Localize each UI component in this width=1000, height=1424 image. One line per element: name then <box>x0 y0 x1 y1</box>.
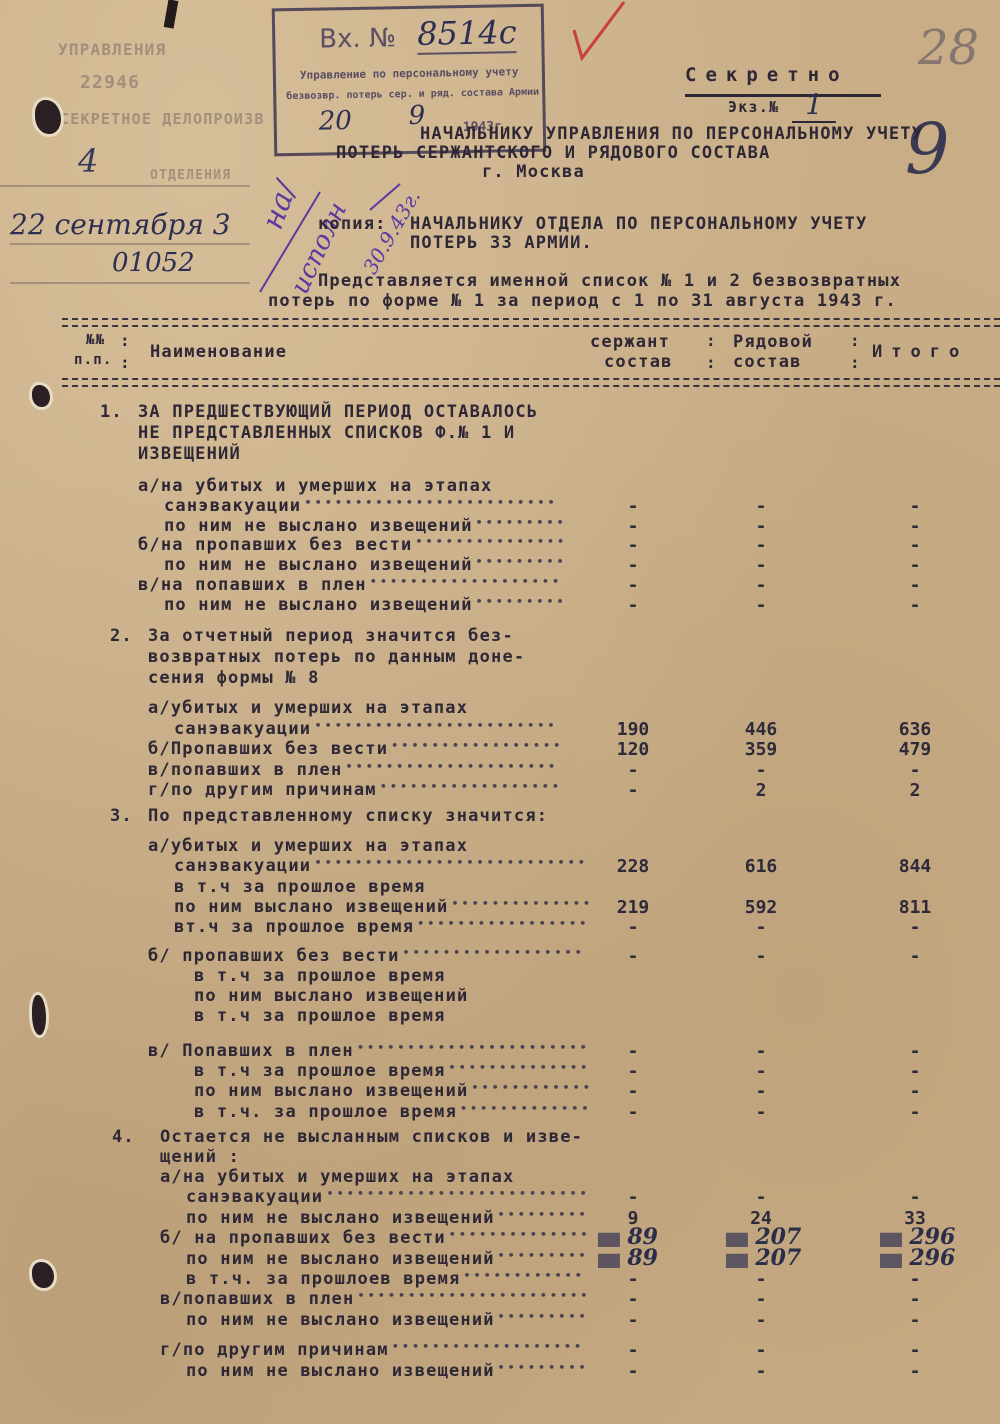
header-rule-top <box>62 318 1000 327</box>
cell-value: 811 <box>880 897 950 918</box>
header-sep: :: <box>850 330 861 374</box>
cell-value: 479 <box>880 739 950 760</box>
section-title: Остается не высланным списков и изве- <box>160 1127 583 1147</box>
section-title: ИЗВЕЩЕНИЙ <box>138 444 241 464</box>
cell-value: - <box>880 496 950 517</box>
leader-dots: •••••••••••••• <box>449 1228 591 1241</box>
header-total: Итого <box>872 342 968 362</box>
cell-value: - <box>726 595 796 616</box>
leader-dots: •••••••••••• <box>464 1269 585 1282</box>
row-label: в т.ч. за прошлое время <box>194 1102 457 1122</box>
punch-hole <box>32 1262 54 1288</box>
red-checkmark-icon <box>568 0 628 64</box>
row-label: санэвакуации <box>174 719 311 739</box>
struck-typed-value: ███ <box>880 1254 902 1268</box>
cell-value: 2 <box>880 780 950 801</box>
cell-value: 228 <box>598 856 668 877</box>
row-label: г/по другим причинам <box>160 1340 389 1360</box>
cell-value: 844 <box>880 856 950 877</box>
cell-value: - <box>880 1340 950 1361</box>
cell-value: 120 <box>598 739 668 760</box>
leader-dots: ••••••••• <box>476 516 567 529</box>
cell-value: ███ 207 <box>726 1245 836 1271</box>
row-label: в т.ч за прошлое время <box>194 1006 446 1026</box>
cell-value: - <box>880 1187 950 1208</box>
leader-dots: ••••••••• <box>498 1249 589 1262</box>
struck-typed-value: ███ <box>598 1254 620 1268</box>
cell-value: - <box>726 535 796 556</box>
row-label: в т.ч за прошлое время <box>194 966 446 986</box>
leader-dots: ••••••••••••••••• <box>391 739 563 752</box>
header-col2-line2: состав <box>733 352 802 372</box>
leader-dots: ••••••••• <box>476 595 567 608</box>
punch-hole <box>32 385 50 407</box>
row-label: б/на пропавших без вести <box>138 535 412 555</box>
copy-to-line1: НАЧАЛЬНИКУ ОТДЕЛА ПО ПЕРСОНАЛЬНОМУ УЧЕТУ <box>410 214 867 234</box>
page-number-top: 28 <box>918 20 979 76</box>
header-num-line2: п.п. <box>74 352 113 368</box>
margin-stamp-line: СЕКРЕТНОЕ ДЕЛОПРОИЗВ <box>60 110 265 128</box>
handwritten-correction: 89 <box>620 1245 658 1271</box>
section-number: 1. <box>100 402 123 422</box>
cell-value: - <box>880 1081 950 1102</box>
cell-value: - <box>880 555 950 576</box>
margin-stamp-line: УПРАВЛЕНИЯ <box>58 40 166 59</box>
cell-value: - <box>880 946 950 967</box>
addressee-line3: г. Москва <box>482 162 585 182</box>
row-label: по ним выслано извещений <box>174 897 448 917</box>
cell-value: - <box>598 1041 668 1062</box>
cell-value: - <box>726 516 796 537</box>
punch-hole <box>35 100 61 134</box>
row-label: по ним выслано извещений <box>194 986 468 1006</box>
cell-value: - <box>880 917 950 938</box>
header-sep: :: <box>120 330 131 374</box>
leader-dots: •••••••••••••••••••••••• <box>315 719 558 732</box>
cell-value: - <box>598 1269 668 1290</box>
row-label: в т.ч за прошлое время <box>174 877 426 897</box>
copy-to-prefix: копия: <box>318 214 387 234</box>
header-rule-bottom <box>62 378 1000 387</box>
cell-value: - <box>598 780 668 801</box>
section-title: НЕ ПРЕДСТАВЛЕННЫХ СПИСКОВ Ф.№ 1 И <box>138 423 515 443</box>
cell-value: - <box>598 1340 668 1361</box>
section-title: По представленному списку значится: <box>148 806 548 826</box>
cell-value: - <box>880 1289 950 1310</box>
cell-value: - <box>598 1361 668 1382</box>
cell-value: - <box>726 1081 796 1102</box>
incoming-stamp-line2: безвозвр. потерь сер. и ряд. состава Арм… <box>286 87 539 102</box>
cell-value: - <box>598 760 668 781</box>
row-label: по ним не выслано извещений <box>164 555 473 575</box>
section-title: сения формы № 8 <box>148 668 320 688</box>
ink-mark <box>164 0 179 29</box>
cell-value: - <box>726 575 796 596</box>
cell-value: - <box>598 496 668 517</box>
section-title: возвратных потерь по данным доне- <box>148 647 525 667</box>
leader-dots: •••••••••••••••••• <box>380 780 562 793</box>
cell-value: - <box>726 1361 796 1382</box>
header-col1-line2: состав <box>604 352 673 372</box>
header-col1-line1: сержант <box>590 332 670 352</box>
section-title: ЗА ПРЕДШЕСТВУЮЩИЙ ПЕРИОД ОСТАВАЛОСЬ <box>138 402 538 422</box>
cell-value: - <box>726 1102 796 1123</box>
row-label: б/ на пропавших без вести <box>160 1228 446 1248</box>
cell-value: - <box>880 535 950 556</box>
row-label: а/на убитых и умерших на этапах <box>160 1167 514 1187</box>
cell-value: - <box>880 595 950 616</box>
punch-hole <box>32 995 46 1035</box>
leader-dots: ••••••••••••••••••••••• <box>357 1041 590 1054</box>
cell-value: - <box>726 760 796 781</box>
row-label: по ним не выслано извещений <box>164 516 473 536</box>
cell-value: - <box>598 535 668 556</box>
cell-value: - <box>880 1041 950 1062</box>
cell-value: - <box>726 496 796 517</box>
cell-value: - <box>726 917 796 938</box>
handwritten-correction: 296 <box>902 1245 956 1271</box>
row-label: в т.ч. за прошлоев время <box>186 1269 460 1289</box>
row-label: санэвакуации <box>164 496 301 516</box>
cell-value: - <box>726 1187 796 1208</box>
margin-stamp-line: ОТДЕЛЕНИЯ <box>150 168 231 183</box>
row-label: по ним не выслано извещений <box>186 1208 495 1228</box>
cell-value: - <box>726 1041 796 1062</box>
margin-handwritten-number: 4 <box>78 142 98 180</box>
cell-value: - <box>880 575 950 596</box>
leader-dots: ••••••••••••••••••••••••• <box>305 496 558 509</box>
header-name: Наименование <box>150 342 287 362</box>
leader-dots: ••••••••••••••••••• <box>392 1340 584 1353</box>
leader-dots: ••••••••• <box>498 1310 589 1323</box>
incoming-stamp-day: 20 <box>318 106 352 137</box>
section-number: 4. <box>112 1127 135 1147</box>
leader-dots: •••••••••••••• <box>449 1061 591 1074</box>
margin-stamp-line: 22946 <box>80 72 140 93</box>
copy-number: 1 <box>792 88 836 123</box>
leader-dots: ••••••••••••••••••••• <box>346 760 559 773</box>
cell-value: - <box>598 1289 668 1310</box>
intro-line1: Представляется именной список № 1 и 2 бе… <box>318 271 901 291</box>
cell-value: - <box>598 555 668 576</box>
margin-date: 22 сентября 3 <box>10 208 231 241</box>
row-label: в/ Попавших в плен <box>148 1041 354 1061</box>
row-label: по ним не выслано извещений <box>164 595 473 615</box>
cell-value: - <box>598 1081 668 1102</box>
row-label: вт.ч за прошлое время <box>174 917 414 937</box>
cell-value: 2 <box>726 780 796 801</box>
secrecy-label: Секретно <box>685 64 849 86</box>
copy-to-line2: ПОТЕРЬ 33 АРМИИ. <box>410 233 593 253</box>
leader-dots: ••••••••• <box>498 1208 589 1221</box>
cell-value: - <box>598 917 668 938</box>
leader-dots: ••••••••••••••••••••••• <box>358 1289 591 1302</box>
row-label: г/по другим причинам <box>148 780 377 800</box>
cell-value: - <box>726 1310 796 1331</box>
row-label: б/Пропавших без вести <box>148 739 388 759</box>
row-label: санэвакуации <box>186 1187 323 1207</box>
cell-value: - <box>726 555 796 576</box>
incoming-stamp-title: Вх. № <box>319 23 396 54</box>
section-title: щений : <box>160 1147 240 1167</box>
leader-dots: •••••••••••• <box>472 1081 593 1094</box>
addressee-line2: ПОТЕРЬ СЕРЖАНТСКОГО И РЯДОВОГО СОСТАВА <box>336 143 771 163</box>
cell-value: - <box>880 1102 950 1123</box>
section-title: За отчетный период значится без- <box>148 626 514 646</box>
header-sep: :: <box>706 330 717 374</box>
cell-value: - <box>880 760 950 781</box>
cell-value: - <box>726 946 796 967</box>
cell-value: - <box>726 1269 796 1290</box>
cell-value: - <box>880 1061 950 1082</box>
secrecy-underline <box>685 94 881 97</box>
cell-value: - <box>880 1269 950 1290</box>
cell-value: 219 <box>598 897 668 918</box>
leader-dots: •••••••••••••••••• <box>403 946 585 959</box>
section-number: 3. <box>110 806 133 826</box>
cell-value: ███ 89 <box>598 1245 708 1271</box>
row-label: а/убитых и умерших на этапах <box>148 836 468 856</box>
margin-rule <box>0 185 250 187</box>
row-label: а/на убитых и умерших на этапах <box>138 476 492 496</box>
cell-value: 636 <box>880 719 950 740</box>
page-number-handwritten: 9 <box>905 108 950 190</box>
leader-dots: ••••••••••••••••••• <box>370 575 562 588</box>
handwritten-correction: 207 <box>748 1245 802 1271</box>
margin-rule <box>10 282 250 284</box>
intro-line2: потерь по форме № 1 за период с 1 по 31 … <box>268 291 897 311</box>
cell-value: - <box>598 575 668 596</box>
leader-dots: •••••••••••••• <box>452 897 594 910</box>
cell-value: - <box>726 1340 796 1361</box>
struck-typed-value: ███ <box>726 1254 748 1268</box>
cell-value: - <box>598 1102 668 1123</box>
cell-value: - <box>880 516 950 537</box>
cell-value: 359 <box>726 739 796 760</box>
row-label: санэвакуации <box>174 856 311 876</box>
cell-value: - <box>598 595 668 616</box>
leader-dots: ••••••••••••••• <box>416 535 568 548</box>
row-label: б/ пропавших без вести <box>148 946 400 966</box>
cell-value: - <box>598 1061 668 1082</box>
margin-rule <box>10 243 250 245</box>
leader-dots: ••••••••• <box>498 1361 589 1374</box>
cell-value: 190 <box>598 719 668 740</box>
cell-value: - <box>598 1187 668 1208</box>
row-label: по ним не выслано извещений <box>186 1361 495 1381</box>
row-label: по ним не выслано извещений <box>186 1310 495 1330</box>
incoming-stamp-line1: Управление по персональному учету <box>300 65 519 82</box>
leader-dots: ••••••••••••• <box>460 1102 592 1115</box>
cell-value: - <box>880 1361 950 1382</box>
cell-value: - <box>726 1289 796 1310</box>
leader-dots: •••••••••••••••••••••••••• <box>327 1187 590 1200</box>
section-number: 2. <box>110 626 133 646</box>
cell-value: - <box>726 1061 796 1082</box>
header-col2-line1: Рядовой <box>733 332 813 352</box>
leader-dots: ••••••••• <box>476 555 567 568</box>
row-label: по ним не выслано извещений <box>186 1249 495 1269</box>
row-label: в/на попавших в плен <box>138 575 367 595</box>
cell-value: - <box>598 1310 668 1331</box>
row-label: в/попавших в плен <box>160 1289 354 1309</box>
leader-dots: ••••••••••••••••••••••••••• <box>315 856 588 869</box>
margin-outgoing-number: 01052 <box>112 248 195 278</box>
leader-dots: ••••••••••••••••• <box>417 917 589 930</box>
row-label: в т.ч за прошлое время <box>194 1061 446 1081</box>
cell-value: 446 <box>726 719 796 740</box>
row-label: а/убитых и умерших на этапах <box>148 698 468 718</box>
incoming-stamp-number: 8514с <box>417 13 517 55</box>
addressee-line1: НАЧАЛЬНИКУ УПРАВЛЕНИЯ ПО ПЕРСОНАЛЬНОМУ У… <box>420 124 923 144</box>
cell-value: 616 <box>726 856 796 877</box>
cell-value: 592 <box>726 897 796 918</box>
cell-value: - <box>880 1310 950 1331</box>
copy-label: Экз.№ <box>728 98 779 116</box>
row-label: в/попавших в плен <box>148 760 342 780</box>
cell-value: - <box>598 946 668 967</box>
header-num-line1: №№ <box>86 332 105 348</box>
row-label: по ним выслано извещений <box>194 1081 468 1101</box>
cell-value: ███ 296 <box>880 1245 990 1271</box>
cell-value: - <box>598 516 668 537</box>
